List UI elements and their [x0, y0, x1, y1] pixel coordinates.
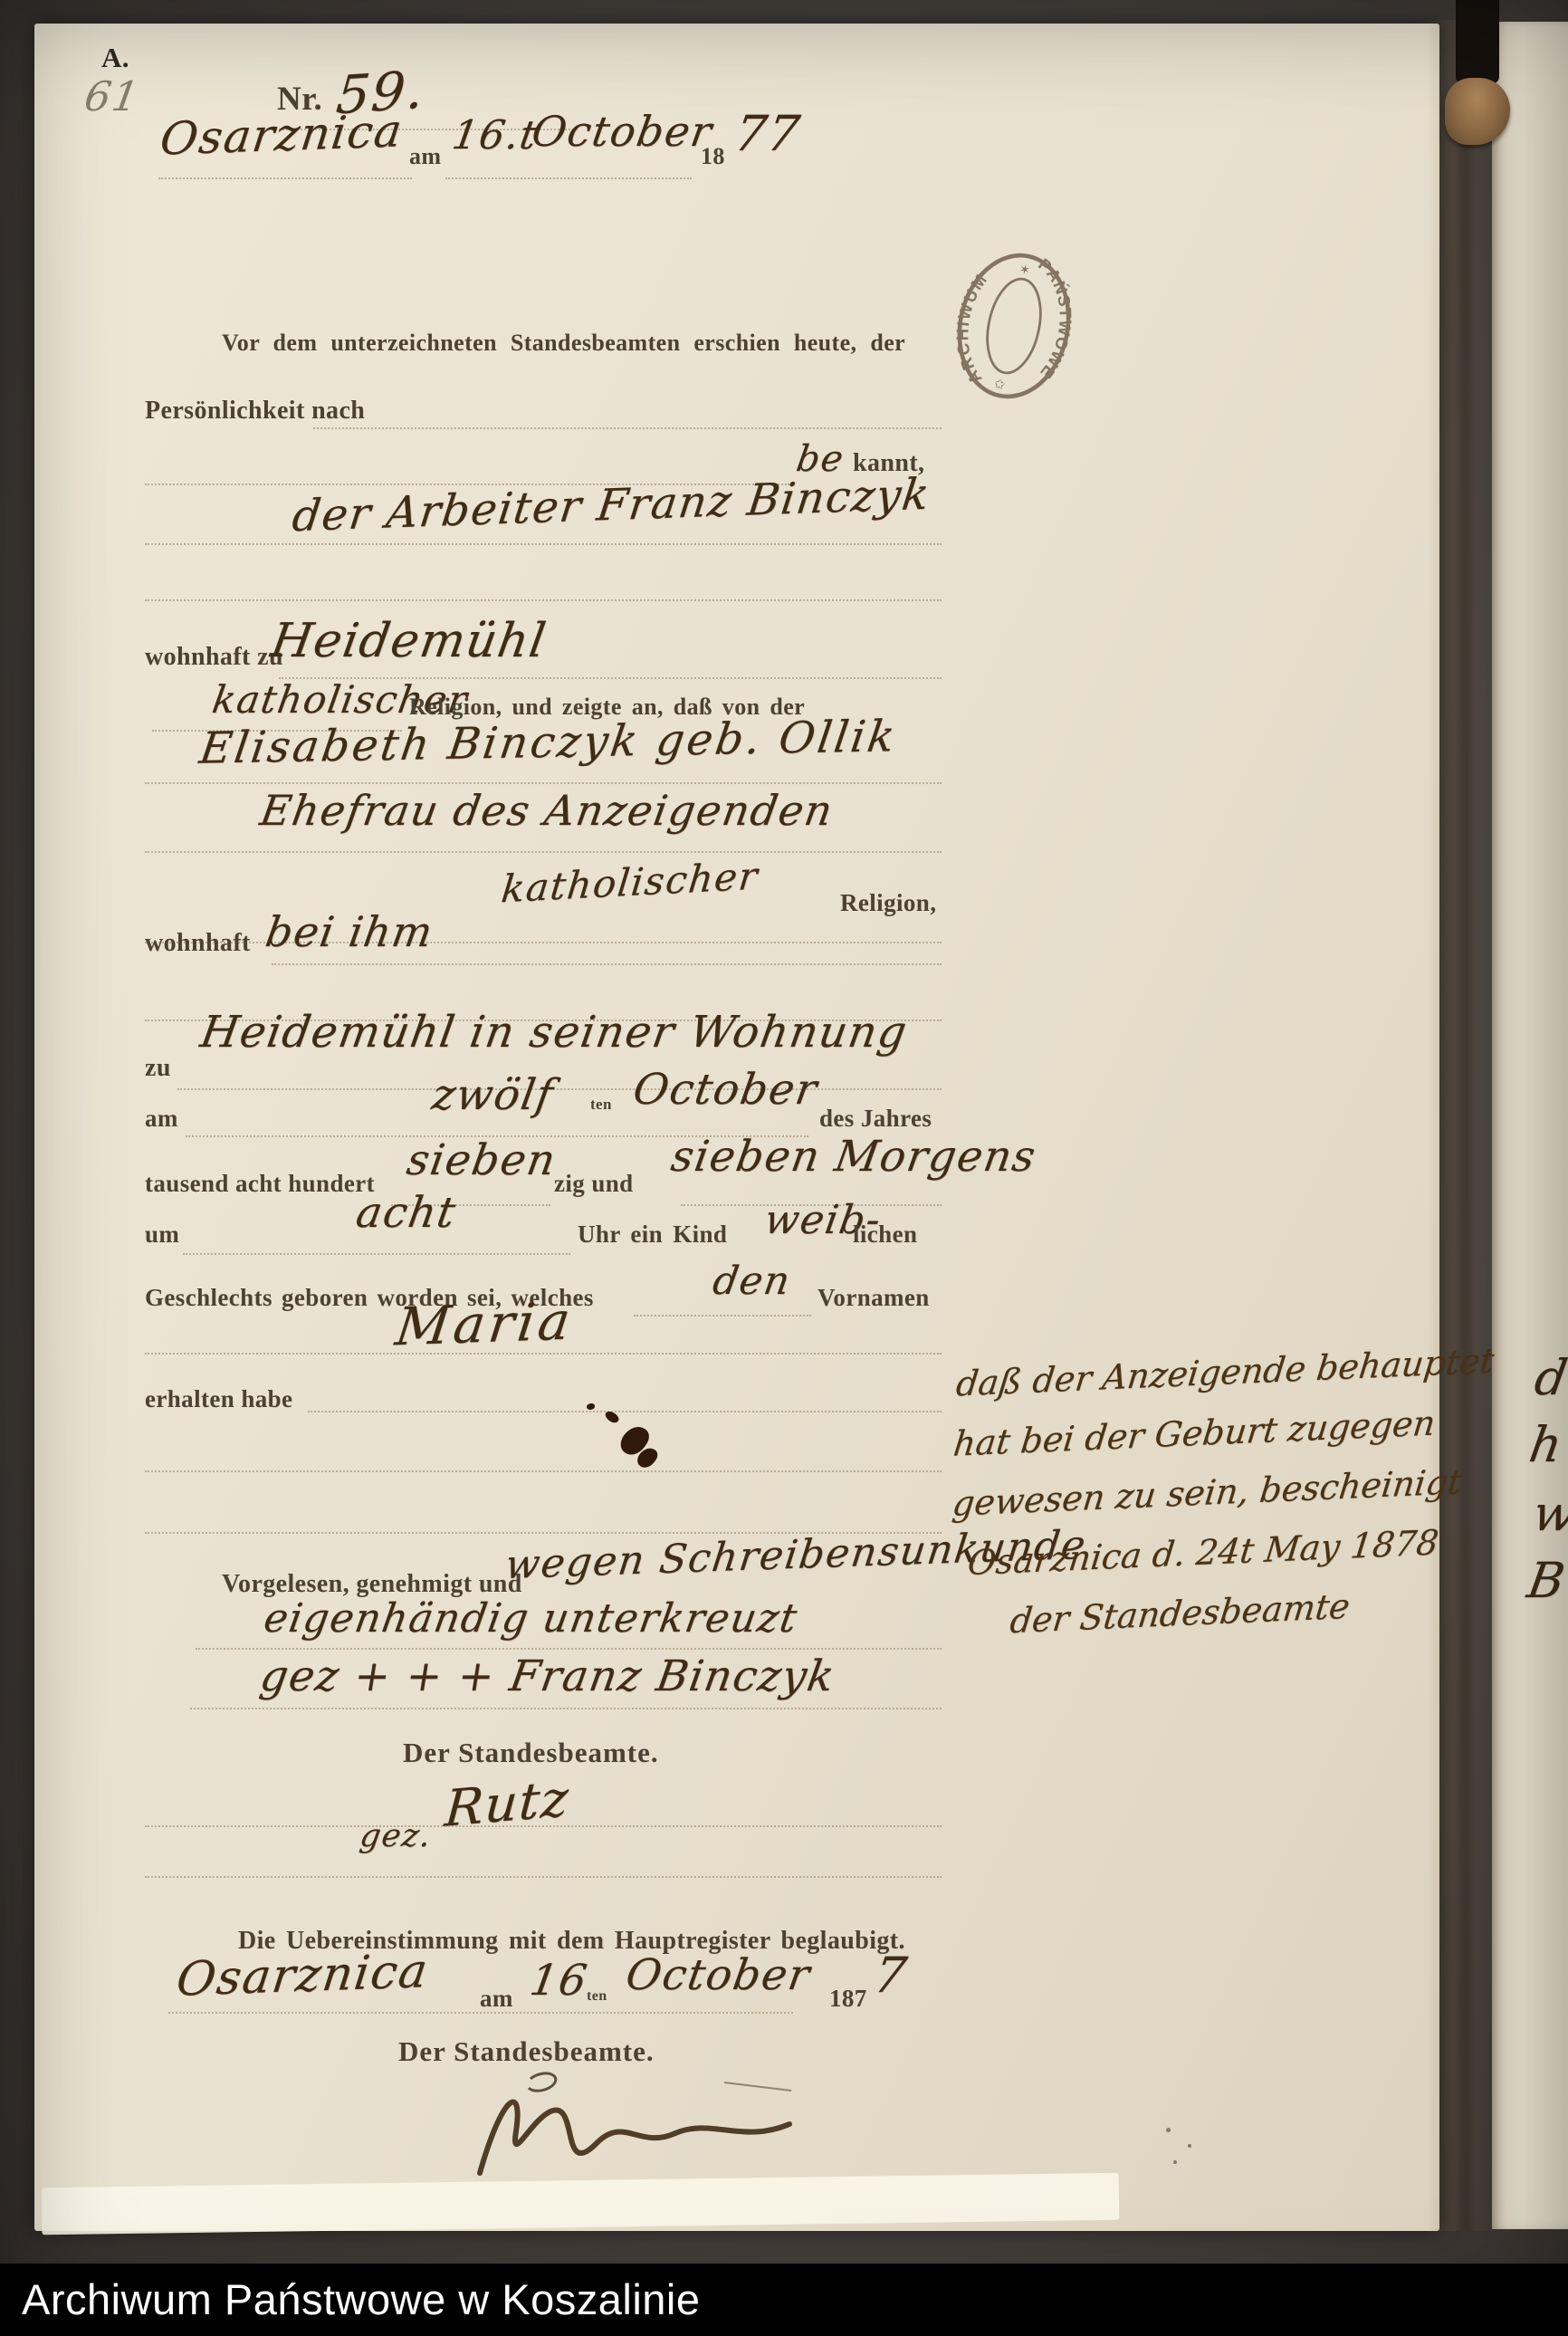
printed-am: am: [409, 143, 441, 170]
form-line: [145, 543, 942, 545]
printed-zig-und: zig und: [554, 1170, 634, 1198]
printed-erhalten-habe: erhalten habe: [145, 1385, 292, 1413]
next-page-edge: d h w B: [1492, 22, 1568, 2229]
form-line: [177, 1088, 942, 1090]
printed-uhr-ein-kind: Uhr ein Kind: [578, 1221, 727, 1249]
archive-caption-bar: Archiwum Państwowe w Koszalinie: [0, 2264, 1568, 2336]
margin-note: daß der Anzeigende behauptet hat bei der…: [946, 1333, 1448, 1652]
printed-ten-2: ten: [587, 1988, 607, 2005]
certify-month-entry: October: [623, 1950, 815, 2000]
stamp-star-bottom-icon: ✩: [992, 377, 1007, 393]
paper-speck: [1166, 2128, 1171, 2132]
printed-lichen: lichen: [853, 1221, 917, 1249]
printed-century-2: 187: [829, 1985, 867, 2013]
given-name-entry: Maria: [392, 1290, 577, 1358]
registrar-label-1: Der Standesbeamte.: [403, 1737, 659, 1769]
residence-entry: Heidemühl: [267, 614, 550, 668]
stamp-star-top-icon: ✶: [1018, 263, 1031, 279]
registrar-signature-flourish: [453, 2066, 815, 2202]
day-entry: 16.t: [449, 112, 541, 158]
printed-tausend: tausend acht hundert: [145, 1170, 375, 1198]
printed-um: um: [145, 1221, 179, 1249]
declarant-mark-signature: gez + + + Franz Binczyk: [257, 1651, 839, 1701]
printed-persoenlichkeit: Persönlichkeit nach: [145, 397, 365, 426]
form-line: [634, 1315, 811, 1316]
printed-vornamen: Vornamen: [817, 1284, 930, 1312]
binding-spine: [1456, 0, 1499, 83]
certify-day-entry: 16: [527, 1956, 592, 2006]
printed-wohnhaft-2: wohnhaft: [145, 929, 251, 958]
form-line: [168, 2012, 793, 2014]
place-entry: Osarznica: [158, 104, 406, 165]
birth-day-entry: zwölf: [429, 1070, 558, 1120]
form-line: [145, 1825, 942, 1827]
year-entry: 77: [731, 105, 805, 162]
form-line: [196, 1648, 942, 1650]
registrar-label-2: Der Standesbeamte.: [398, 2035, 655, 2068]
closing-hand-line2: eigenhändig unterkreuzt: [261, 1595, 801, 1642]
form-line: [190, 1708, 942, 1709]
residence2-entry: bei ihm: [263, 907, 437, 956]
form-letter-a: A.: [101, 42, 129, 74]
printed-century: 18: [701, 143, 725, 170]
birthplace-entry: Heidemühl in seiner Wohnung: [197, 1007, 912, 1058]
month-entry: October: [529, 107, 716, 156]
form-line: [145, 851, 942, 853]
printed-ten-1: ten: [590, 1096, 612, 1114]
printed-des-jahres: des Jahres: [819, 1105, 932, 1133]
form-line: [445, 177, 692, 179]
archive-scan: d h w B A. 61 Nr. 59. Osarznica am 16.t …: [0, 0, 1568, 2336]
edge-fragment: d: [1531, 1349, 1568, 1406]
den-entry: den: [710, 1259, 794, 1304]
paper-speck: [1188, 2144, 1191, 2148]
archive-caption-text: Archiwum Państwowe w Koszalinie: [22, 2274, 701, 2324]
year-decade-entry: sieben: [404, 1135, 560, 1185]
registrar-signature-copy: Rutz: [443, 1769, 571, 1839]
hour-entry: acht: [353, 1188, 460, 1238]
edge-fragment: B: [1524, 1552, 1568, 1609]
printed-intro-line: Vor dem unterzeichneten Standesbeamten e…: [222, 330, 905, 357]
year-unit-entry: sieben Morgens: [668, 1132, 1040, 1182]
paper-speck: [1173, 2160, 1177, 2164]
printed-am-2: am: [145, 1105, 178, 1133]
form-line: [145, 599, 942, 601]
printed-wohnhaft-zu: wohnhaft zu: [145, 643, 283, 672]
edge-fragment: w: [1529, 1485, 1568, 1542]
mother-role-entry: Ehefrau des Anzeigenden: [257, 786, 837, 835]
edge-fragment: h: [1525, 1416, 1567, 1473]
form-line: [308, 1411, 942, 1412]
printed-religion-2: Religion,: [840, 889, 936, 917]
form-line: [272, 963, 942, 965]
form-line: [145, 1876, 942, 1878]
gez-abbrev: gez.: [358, 1818, 435, 1854]
certify-place-entry: Osarznica: [174, 1944, 432, 2007]
form-line: [145, 782, 942, 784]
form-line: [145, 1470, 942, 1472]
printed-zu: zu: [145, 1054, 171, 1083]
form-line: [313, 427, 942, 429]
birth-month-entry: October: [630, 1065, 822, 1115]
printed-am-3: am: [480, 1985, 513, 2013]
form-line: [183, 1253, 570, 1255]
pencil-folio-number: 61: [81, 72, 144, 120]
form-line: [158, 177, 412, 179]
form-line: [145, 1353, 942, 1355]
